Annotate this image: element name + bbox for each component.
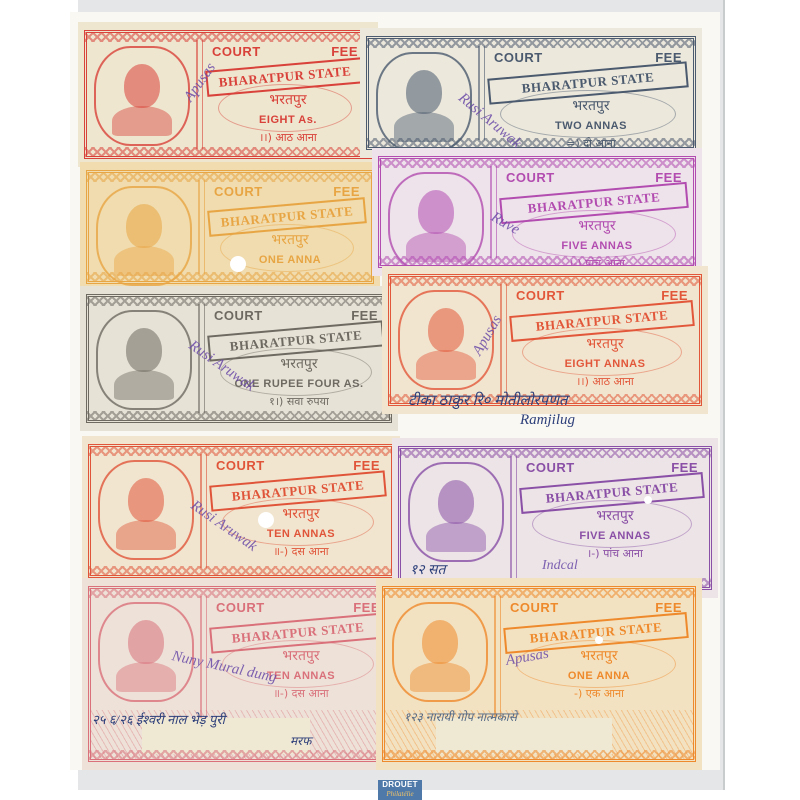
denomination-hindi: ।।) आठ आना <box>382 374 708 389</box>
border-pattern <box>378 158 696 168</box>
hindi-state-name: भरतपुर <box>372 216 702 235</box>
border-pattern <box>84 32 372 42</box>
court-label: COURT <box>506 170 555 185</box>
punch-hole <box>595 636 603 644</box>
punch-hole <box>644 496 652 504</box>
court-label: COURT <box>212 44 261 59</box>
border-pattern <box>382 588 696 598</box>
denomination: ONE ANNA <box>376 670 702 682</box>
border-pattern <box>366 38 696 48</box>
denomination: TWO ANNAS <box>360 120 702 132</box>
border-pattern <box>88 566 394 576</box>
denomination-hindi: ।।) आठ आना <box>78 130 378 145</box>
court-label: COURT <box>214 308 263 323</box>
border-pattern <box>388 276 702 286</box>
handwriting-s8: १२ सत <box>410 560 446 579</box>
court-label: COURT <box>526 460 575 475</box>
border-pattern <box>382 750 696 760</box>
denomination-hindi: -) एक आना <box>376 686 702 701</box>
stamp-s4: COURT FEE BHARATPUR STATE भरतपुर FIVE AN… <box>372 148 702 276</box>
court-label: COURT <box>516 288 565 303</box>
stamp-s3: COURT FEE BHARATPUR STATE भरतपुर ONE ANN… <box>80 162 380 292</box>
stamp-s10: COURT FEE BHARATPUR STATE भरतपुर ONE ANN… <box>376 578 702 770</box>
denomination: EIGHT As. <box>78 114 378 126</box>
border-pattern <box>88 750 394 760</box>
court-label: COURT <box>510 600 559 615</box>
stamp-s7: COURT FEE BHARATPUR STATE भरतपुर TEN ANN… <box>82 436 400 586</box>
denomination: FIVE ANNAS <box>372 240 702 252</box>
border-pattern <box>84 147 372 157</box>
hindi-state-name: भरतपुर <box>82 504 400 523</box>
stamp-s1: COURT FEE BHARATPUR STATE भरतपुर EIGHT A… <box>78 22 378 167</box>
fee-label: FEE <box>333 184 360 199</box>
hindi-state-name: भरतपुर <box>392 506 718 525</box>
stamp-s5: COURT FEE BHARATPUR STATE भरतपुर ONE RUP… <box>80 286 398 431</box>
handwriting-s9-line2: मरफ <box>290 732 311 749</box>
handwriting-s6-line1: टीका ठाकुर रि० मोतीलोरपणत <box>408 390 568 410</box>
border-pattern <box>398 448 712 458</box>
court-label: COURT <box>216 458 265 473</box>
border-pattern <box>88 446 394 456</box>
denomination-hindi: ॥-) दस आना <box>82 686 400 701</box>
hindi-state-name: भरतपुर <box>80 230 380 249</box>
handwriting-s9-line1: २५ ६/२६ ईश्वरी नाल भेड़ पुरी <box>92 710 225 728</box>
hindi-state-name: भरतपुर <box>78 90 378 109</box>
hindi-state-name: भरतपुर <box>360 96 702 115</box>
punch-hole <box>258 512 274 528</box>
border-pattern <box>86 411 392 421</box>
court-label: COURT <box>494 50 543 65</box>
hindi-state-name: भरतपुर <box>382 334 708 353</box>
denomination: FIVE ANNAS <box>392 530 718 542</box>
cancellation-signature: Indcal <box>542 558 578 574</box>
border-pattern <box>86 172 374 182</box>
drouet-watermark: DROUET Philatélie <box>378 780 422 800</box>
denomination-hindi: १।) सवा रुपया <box>80 394 398 409</box>
handwriting-s10: १२३ नारायी गोप नात्मकासे <box>404 708 517 725</box>
border-pattern <box>86 296 392 306</box>
watermark-line2: Philatélie <box>378 790 422 799</box>
handwriting-s6-line2: Ramjilug <box>520 412 575 429</box>
court-label: COURT <box>214 184 263 199</box>
court-label: COURT <box>216 600 265 615</box>
fee-label: FEE <box>331 44 358 59</box>
border-pattern <box>88 588 394 598</box>
stamp-s9: COURT FEE BHARATPUR STATE भरतपुर TEN ANN… <box>82 578 400 770</box>
stamp-s2: COURT FEE BHARATPUR STATE भरतपुर TWO ANN… <box>360 28 702 158</box>
denomination: EIGHT ANNAS <box>382 358 708 370</box>
watermark-line1: DROUET <box>378 780 422 790</box>
punch-hole <box>230 256 246 272</box>
